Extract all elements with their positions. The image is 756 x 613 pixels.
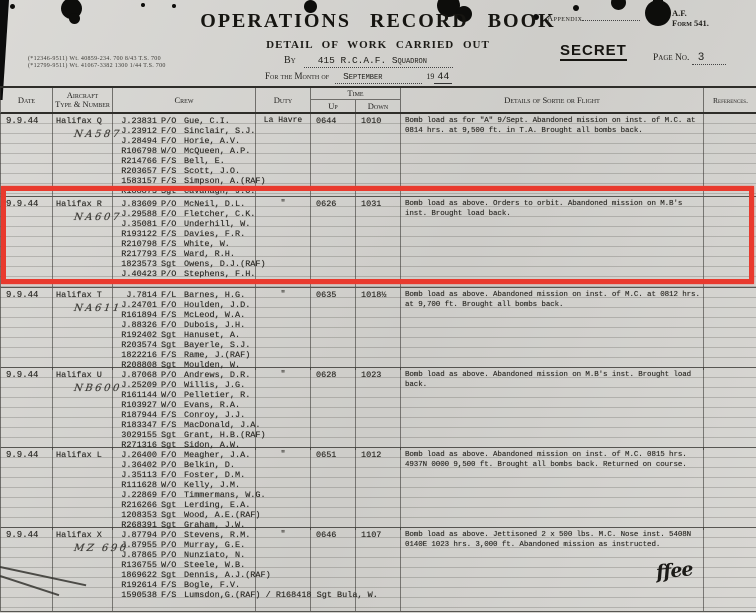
crew-no: R203657 [113,166,157,176]
crew-member-line: R192614F/SBogle, F.V. [113,580,255,590]
crew-member-line: 1823573SgtOwens, D.J.(RAF) [113,259,255,269]
crew-rank: Sgt [161,259,181,269]
crew-no: 1869622 [113,570,157,580]
crew-name: Foster, D.M. [184,470,245,480]
crew-rank: F/S [161,410,181,420]
crew-list: J.83609P/OMcNeil, D.L.J.29588F/OFletcher… [113,197,256,287]
crew-name: Rame, J.(RAF) [184,350,250,360]
crew-rank: F/O [161,219,181,229]
time-up: 0626 [311,197,356,287]
crew-rank: P/O [161,530,181,540]
crew-rank: Sgt [161,340,181,350]
time-up: 0646 [311,528,356,611]
crew-member-line: J.36402P/OBelkin, D. [113,460,255,470]
crew-member-line: J.28494F/OHorie, A.V. [113,136,255,146]
time-up: 0628 [311,368,356,450]
crew-rank: F/O [161,136,181,146]
sortie-date: 9.9.44 [1,368,53,450]
crew-name: McLeod, W.A. [184,310,245,320]
crew-member-line: R161144W/OPelletier, R. [113,390,255,400]
crew-member-line: 1822216F/SRame, J.(RAF) [113,350,255,360]
print-code: (*12346-9511) Wt. 40859-234. 700 8/43 T.… [28,56,166,70]
sortie-date: 9.9.44 [1,114,53,196]
form-reference: A.F. Form 541. [672,8,709,28]
crew-name: Bell, E. [184,156,225,166]
duty-cell: La Havre [256,114,311,196]
crew-no: 1822216 [113,350,157,360]
sortie-row: 9.9.44 Halifax Q NA587 J.23831P/OGue, C.… [0,114,756,197]
crew-rank: W/O [161,560,181,570]
crew-name: Pelletier, R. [184,390,250,400]
col-header-time: Time Up Down [311,88,401,112]
time-down: 1031 [356,197,401,287]
month-value: September [335,71,422,84]
ink-blot [141,3,145,7]
crew-no: R111628 [113,480,157,490]
form-ref-541: Form 541. [672,18,709,28]
crew-no: R183347 [113,420,157,430]
table-header-row: Date Aircraft Type & Number Crew Duty Ti… [0,88,756,114]
crew-name: Timmermans, W.G. [184,490,266,500]
aircraft-type: Halifax L [56,450,102,460]
time-down: 1107 [356,528,401,611]
crew-rank: Sgt [161,186,181,196]
time-down: 1012 [356,448,401,530]
crew-name: Nunziato, N. [184,550,245,560]
crew-no: 3029155 [113,430,157,440]
crew-member-line: R106798W/OMcQueen, A.P. [113,146,255,156]
crew-name: Simpson, A.(RAF) [184,176,266,186]
orb-table: Date Aircraft Type & Number Crew Duty Ti… [0,86,756,612]
crew-member-line: R210798F/SWhite, W. [113,239,255,249]
crew-no: J.87068 [113,370,157,380]
crew-member-line: R203574SgtBayerle, S.J. [113,340,255,350]
crew-rank: P/O [161,269,181,279]
crew-rank: Sgt [161,500,181,510]
col-header-duty: Duty [256,88,311,112]
crew-name: Cavanagh, J.O. [184,186,255,196]
crew-rank: Sgt [161,570,181,580]
crew-member-line: R183347F/SMacDonald, J.A. [113,420,255,430]
crew-no: R106798 [113,146,157,156]
year-value: 44 [434,72,452,84]
crew-rank: P/O [161,370,181,380]
col-header-details: Details of Sortie or Flight [401,88,704,112]
aircraft-cell: Halifax R NA607 [53,197,113,287]
crew-member-line: R203657F/SScott, J.O. [113,166,255,176]
col-header-crew: Crew [113,88,256,112]
references-cell [704,288,756,370]
crew-rank: P/O [161,380,181,390]
crew-member-line: R111628W/OKelly, J.M. [113,480,255,490]
sortie-details: Bomb load as above. Abandoned mission on… [401,368,704,450]
aircraft-type: Halifax Q [56,116,102,126]
crew-member-line: J.87955P/OMurray, G.E. [113,540,255,550]
sortie-row: 9.9.44 Halifax U NB600 J.87068P/OAndrews… [0,368,756,448]
crew-member-line: 1869622SgtDennis, A.J.(RAF) [113,570,255,580]
crew-name: McQueen, A.P. [184,146,250,156]
crew-member-line: J.35081F/OUnderhill, W. [113,219,255,229]
crew-rank: Sgt [161,510,181,520]
crew-name: Grant, H.B.(RAF) [184,430,266,440]
crew-name: Sinclair, S.J. [184,126,255,136]
crew-rank: P/O [161,540,181,550]
crew-name: Ward, R.H. [184,249,235,259]
crew-name: Belkin, D. [184,460,235,470]
operations-record-book-page: (*12346-9511) Wt. 40859-234. 700 8/43 T.… [0,0,756,613]
duty-cell: " [256,288,311,370]
crew-rank: F/O [161,450,181,460]
aircraft-cell: Halifax L [53,448,113,530]
crew-no: J.87794 [113,530,157,540]
crew-rank: F/S [161,156,181,166]
crew-member-line: 1583157F/SSimpson, A.(RAF) [113,176,255,186]
crew-member-line: 3029155SgtGrant, H.B.(RAF) [113,430,255,440]
crew-name: Dubois, J.H. [184,320,245,330]
crew-no: J.7814 [113,290,157,300]
crew-name: White, W. [184,239,230,249]
crew-name: Owens, D.J.(RAF) [184,259,266,269]
crew-name: Gue, C.I. [184,116,230,126]
crew-member-line: J.24701F/OHoulden, J.D. [113,300,255,310]
form-ref-af: A.F. [672,8,709,18]
time-down: 1023 [356,368,401,450]
crew-member-line: J.26400F/OMeagher, J.A. [113,450,255,460]
crew-member-line: R217793F/SWard, R.H. [113,249,255,259]
crew-rank: Sgt [161,330,181,340]
crew-member-line: R214766F/SBell, E. [113,156,255,166]
crew-list: J.26400F/OMeagher, J.A.J.36402P/OBelkin,… [113,448,256,530]
squadron-name: 415 R.C.A.F. Squadron [304,55,453,68]
crew-member-line: J.25209P/OWillis, J.G. [113,380,255,390]
crew-name: Willis, J.G. [184,380,245,390]
sortie-details: Bomb load as above. Orders to orbit. Aba… [401,197,704,287]
crew-member-line: J.83609P/OMcNeil, D.L. [113,199,255,209]
crew-member-line: R193122F/SDavies, F.R. [113,229,255,239]
crew-no: R136755 [113,560,157,570]
crew-rank: W/O [161,400,181,410]
crew-rank: F/O [161,320,181,330]
crew-member-line: R216266SgtLerding, E.A. [113,500,255,510]
page-number-line: Page No. 3 [653,52,726,64]
crew-no: 1590538 [113,590,157,600]
month-label: For the Month of [265,71,329,81]
crew-rank: Sgt [161,430,181,440]
duty-cell: " [256,368,311,450]
sortie-date: 9.9.44 [1,448,53,530]
time-down: 1010 [356,114,401,196]
crew-name: Davies, F.R. [184,229,245,239]
crew-name: Horie, A.V. [184,136,240,146]
crew-list: J.23831P/OGue, C.I.J.23912F/OSinclair, S… [113,114,256,196]
crew-name: Scott, J.O. [184,166,240,176]
time-up: 0635 [311,288,356,370]
crew-name: Stevens, R.M. [184,530,250,540]
crew-member-line: J.35113F/OFoster, D.M. [113,470,255,480]
crew-name: Evans, R.A. [184,400,240,410]
crew-no: R217793 [113,249,157,259]
crew-rank: F/S [161,176,181,186]
duty-cell: " [256,448,311,530]
aircraft-cell: Halifax Q NA587 [53,114,113,196]
crew-name: Andrews, D.R. [184,370,250,380]
crew-rank: F/S [161,249,181,259]
crew-name: Bogle, F.V. [184,580,240,590]
crew-member-line: J.87794P/OStevens, R.M. [113,530,255,540]
crew-member-line: J.87068P/OAndrews, D.R. [113,370,255,380]
form-title: OPERATIONS RECORD BOOK [0,10,756,33]
aircraft-cell: Halifax T NA611 [53,288,113,370]
crew-list: J.87068P/OAndrews, D.R.J.25209P/OWillis,… [113,368,256,450]
crew-rank: F/S [161,580,181,590]
aircraft-cell: Halifax X MZ 690 [53,528,113,611]
crew-name: Lerding, E.A. [184,500,250,510]
aircraft-type: Halifax R [56,199,102,209]
crew-no: J.83609 [113,199,157,209]
duty-cell: " [256,528,311,611]
crew-member-line: J.23912F/OSinclair, S.J. [113,126,255,136]
crew-member-line: J.29588F/OFletcher, C.K. [113,209,255,219]
crew-rank: F/S [161,229,181,239]
crew-no: 1583157 [113,176,157,186]
aircraft-type: Halifax U [56,370,102,380]
crew-rank: F/S [161,590,181,600]
references-cell [704,197,756,287]
crew-rank: F/L [161,290,181,300]
crew-rank: W/O [161,480,181,490]
time-down: 1018½ [356,288,401,370]
ink-blot [10,4,15,9]
crew-name: MacDonald, J.A. [184,420,261,430]
page-number-value: 3 [692,52,727,65]
form-subtitle: DETAIL OF WORK CARRIED OUT [0,39,756,51]
crew-no: R210798 [113,239,157,249]
crew-member-line: 1208353SgtWood, A.E.(RAF) [113,510,255,520]
references-cell [704,368,756,450]
crew-rank: F/O [161,490,181,500]
references-cell [704,448,756,530]
appendix-line: Appendix [547,12,640,23]
crew-rank: F/O [161,470,181,480]
secret-stamp: SECRET [560,42,627,61]
aircraft-cell: Halifax U NB600 [53,368,113,450]
crew-no: R216266 [113,500,157,510]
sortie-row: 9.9.44 Halifax R NA607 J.83609P/OMcNeil,… [0,197,756,288]
crew-list: J.87794P/OStevens, R.M.J.87955P/OMurray,… [113,528,256,611]
orb-table-body: 9.9.44 Halifax Q NA587 J.23831P/OGue, C.… [0,114,756,612]
crew-rank: F/O [161,126,181,136]
crew-rank: P/O [161,460,181,470]
sortie-row: 9.9.44 Halifax X MZ 690 J.87794P/OSteven… [0,528,756,612]
duty-cell: " [256,197,311,287]
crew-member-line: J.87865P/ONunziato, N. [113,550,255,560]
crew-member-line: J.88326F/ODubois, J.H. [113,320,255,330]
sortie-date: 9.9.44 [1,288,53,370]
crew-no: R187944 [113,410,157,420]
crew-no: 1208353 [113,510,157,520]
crew-name: Stephens, F.H. [184,269,255,279]
by-label: By [284,55,296,66]
crew-rank: F/O [161,209,181,219]
sortie-details: Bomb load as above. Abandoned mission on… [401,288,704,370]
crew-rank: F/S [161,239,181,249]
ink-blot [653,0,663,8]
squadron-line: By415 R.C.A.F. Squadron [284,55,453,66]
crew-rank: F/S [161,420,181,430]
ink-blot [172,4,176,8]
crew-member-line: R161894F/SMcLeod, W.A. [113,310,255,320]
crew-member-line: J.7814F/LBarnes, H.G. [113,290,255,300]
crew-rank: W/O [161,146,181,156]
crew-member-line: R192402SgtHanuset, A. [113,330,255,340]
crew-member-line: R187944F/SConroy, J.J. [113,410,255,420]
crew-rank: F/S [161,350,181,360]
crew-member-line: J.23831P/OGue, C.I. [113,116,255,126]
crew-name: Meagher, J.A. [184,450,250,460]
crew-name: Murray, G.E. [184,540,245,550]
month-line: For the Month ofSeptember1944 [265,71,452,83]
crew-rank: W/O [161,390,181,400]
sortie-details: Bomb load as for "A" 9/Sept. Abandoned m… [401,114,704,196]
crew-no: 1823573 [113,259,157,269]
crew-no: R192402 [113,330,157,340]
crew-member-line: R188873SgtCavanagh, J.O. [113,186,255,196]
aircraft-serial-handwritten: NB600 [73,383,113,394]
crew-no: R188873 [113,186,157,196]
sortie-details: Bomb load as above. Abandoned mission on… [401,448,704,530]
crew-name: Kelly, J.M. [184,480,240,490]
aircraft-serial-handwritten: NA587 [73,129,113,140]
crew-list: J.7814F/LBarnes, H.G.J.24701F/OHoulden, … [113,288,256,370]
crew-no: R192614 [113,580,157,590]
crew-no: J.35113 [113,470,157,480]
crew-member-line: 1590538F/SLumsdon,G.(RAF) / R168418 Sgt … [113,590,255,600]
crew-rank: F/O [161,300,181,310]
crew-name: Hanuset, A. [184,330,240,340]
crew-name: Bayerle, S.J. [184,340,250,350]
sortie-date: 9.9.44 [1,528,53,611]
crew-member-line: R103927W/OEvans, R.A. [113,400,255,410]
crew-no: R103927 [113,400,157,410]
aircraft-serial-handwritten: NA611 [73,303,113,314]
crew-no: J.22869 [113,490,157,500]
col-header-references: References. [704,88,756,112]
sortie-row: 9.9.44 Halifax T NA611 J.7814F/LBarnes, … [0,288,756,368]
col-header-up: Up [311,100,356,112]
crew-no: R214766 [113,156,157,166]
page-number-label: Page No. [653,53,689,63]
crew-no: J.88326 [113,320,157,330]
appendix-label: Appendix [547,13,582,23]
signature-initials: ffee [655,558,694,584]
col-header-date: Date [1,88,53,112]
references-cell [704,114,756,196]
ink-blot [611,0,626,10]
aircraft-type: Halifax X [56,530,102,540]
crew-name: McNeil, D.L. [184,199,245,209]
crew-no: J.26400 [113,450,157,460]
aircraft-serial-handwritten: MZ 690 [73,543,113,554]
crew-name: Underhill, W. [184,219,250,229]
col-header-down: Down [356,100,400,112]
crew-name: Steele, W.B. [184,560,245,570]
crew-name: Conroy, J.J. [184,410,245,420]
sortie-row: 9.9.44 Halifax L J.26400F/OMeagher, J.A.… [0,448,756,528]
crew-rank: P/O [161,116,181,126]
crew-name: Fletcher, C.K. [184,209,255,219]
crew-no: R203574 [113,340,157,350]
aircraft-type: Halifax T [56,290,102,300]
aircraft-serial-handwritten: NA607 [73,212,113,223]
col-header-aircraft: Aircraft Type & Number [53,88,113,112]
crew-rank: P/O [161,199,181,209]
references-cell [704,528,756,611]
crew-rank: F/S [161,166,181,176]
crew-name: Wood, A.E.(RAF) [184,510,261,520]
crew-no: J.40423 [113,269,157,279]
sortie-date: 9.9.44 [1,197,53,287]
crew-name: Houlden, J.D. [184,300,250,310]
appendix-blank [582,12,640,21]
crew-member-line: R136755W/OSteele, W.B. [113,560,255,570]
crew-no: J.23831 [113,116,157,126]
time-up: 0651 [311,448,356,530]
time-up: 0644 [311,114,356,196]
crew-member-line: J.22869F/OTimmermans, W.G. [113,490,255,500]
crew-member-line: J.40423P/OStephens, F.H. [113,269,255,279]
crew-name: Barnes, H.G. [184,290,245,300]
crew-rank: F/S [161,310,181,320]
crew-no: J.36402 [113,460,157,470]
crew-rank: P/O [161,550,181,560]
crew-no: R193122 [113,229,157,239]
